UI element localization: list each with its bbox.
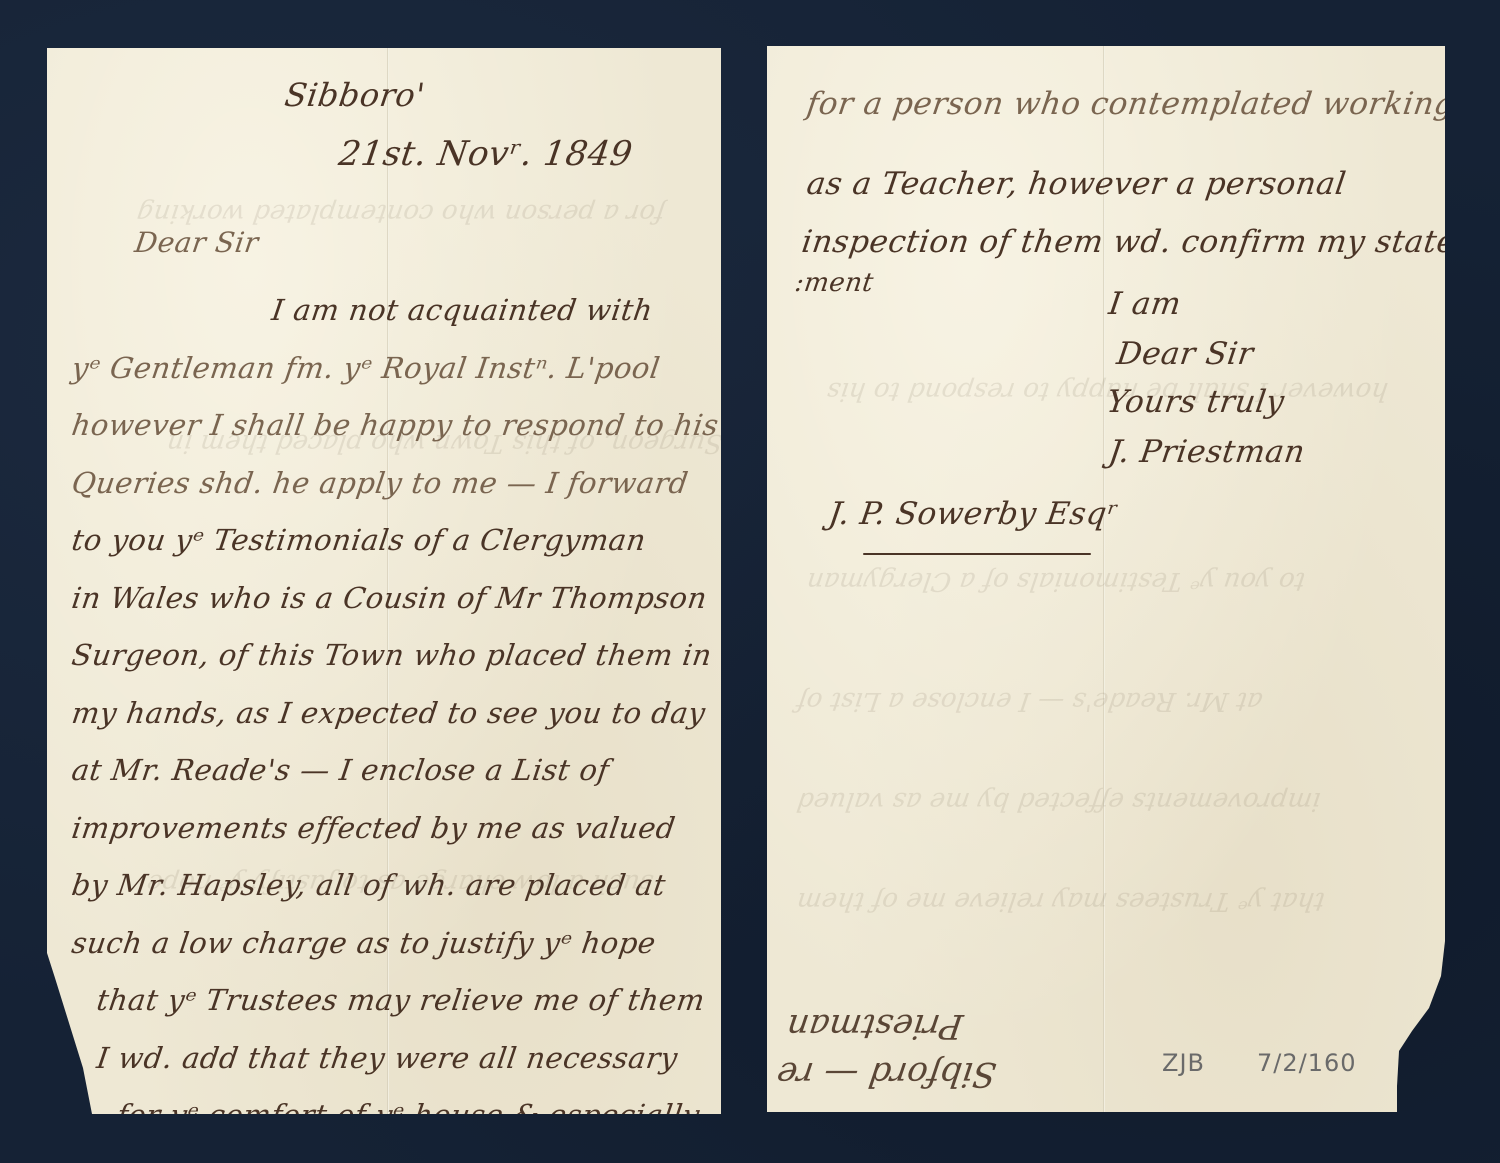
letter-page-left: for a person who contemplated working Su…: [47, 48, 721, 1114]
archive-stamp-reference: 7/2/160: [1257, 1049, 1357, 1077]
letter-closing: Yours truly: [1104, 384, 1286, 420]
letter-body-line: for a person who contemplated working: [804, 86, 1457, 122]
bleed-through-text: for a person who contemplated working: [135, 198, 667, 228]
letter-body-line: I wd. add that they were all necessary: [95, 1041, 680, 1075]
letter-body-line: Surgeon, of this Town who placed them in: [70, 638, 715, 672]
bleed-through-text: that yᵉ Trustees may relieve me of them: [795, 886, 1327, 916]
letter-closing: I am: [1106, 286, 1183, 322]
letter-closing: Dear Sir: [1114, 336, 1255, 372]
letter-body-line: Queries shd. he apply to me — I forward: [70, 466, 691, 500]
letter-salutation: Dear Sir: [133, 226, 261, 259]
letter-place: Sibboro': [282, 76, 427, 114]
letter-body-line: yᵉ Gentleman fm. yᵉ Royal Instⁿ. L'pool: [70, 351, 663, 385]
letter-date: 21st. Novʳ. 1849: [336, 134, 635, 174]
letter-signature: J. Priestman: [1106, 434, 1307, 470]
letter-body-line: my hands, as I expected to see you to da…: [70, 696, 708, 730]
letter-page-right: however I shall be happy to respond to h…: [767, 46, 1445, 1112]
letter-body-line: :ment: [793, 268, 876, 298]
letter-body-line: by Mr. Hapsley, all of wh. are placed at: [70, 868, 668, 902]
letter-body-line: for yᵉ comfort of yᵉ house & especially: [115, 1098, 702, 1132]
letter-body-line: as a Teacher, however a personal: [804, 166, 1348, 202]
upside-down-endorsement: Sibford — re: [774, 1054, 999, 1094]
letter-body-line: I am not acquainted with: [270, 293, 656, 327]
letter-addressee: J. P. Sowerby Esqʳ: [826, 496, 1120, 532]
letter-body-line: improvements effected by me as valued: [70, 811, 678, 845]
archive-stamp-initials: ZJB: [1162, 1049, 1205, 1077]
bleed-through-text: to you yᵉ Testimonials of a Clergyman: [805, 566, 1307, 596]
letter-body-line: to you yᵉ Testimonials of a Clergyman: [70, 523, 649, 557]
upside-down-endorsement: Priestman: [784, 1006, 965, 1046]
letter-body-line: such a low charge as to justify yᵉ hope: [70, 926, 659, 960]
letter-body-line: however I shall be happy to respond to h…: [70, 408, 721, 442]
letter-body-line: at Mr. Reade's — I enclose a List of: [70, 753, 612, 787]
letter-body-line: in Wales who is a Cousin of Mr Thompson: [70, 581, 710, 615]
bleed-through-text: improvements effected by me as valued: [795, 786, 1323, 816]
letter-body-line: inspection of them wd. confirm my state:: [799, 224, 1469, 260]
letter-body-line: that yᵉ Trustees may relieve me of them: [95, 983, 708, 1017]
addressee-underline: [863, 553, 1091, 555]
bleed-through-text: at Mr. Reade's — I enclose a List of: [795, 686, 1265, 716]
